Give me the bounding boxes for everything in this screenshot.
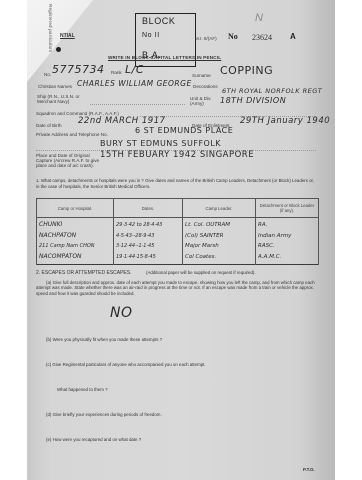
form-number: 23624 [252,33,272,42]
dates-column: 29·3·42 to 28·4·43 4·5·43·-28·9·43 3·12·… [114,218,183,265]
camp-leader-cell: Col Coates. [185,252,253,263]
enlistment-value: 29TH January 1940 [240,116,330,126]
classification-label: NTIAL [60,33,75,39]
camp-leader-column: Lt. Col. OUTRAM (Col) SAINTER Major Mars… [183,218,256,265]
punch-hole [56,47,61,52]
surname-label: Surname [192,73,211,78]
section1-question: 1. What camps, detachments or hospitals … [36,178,316,189]
camps-table-header: Camp or Hospital. Dates. Camp Leader. De… [37,199,319,218]
header-camp-leader: Camp Leader. [183,199,256,218]
header-detachment-leader: Detachment or Block Leader (if any). [256,199,319,218]
section2-title: 2. ESCAPES OR ATTEMPTED ESCAPES. [36,270,132,276]
unit-value-line2: 18TH DIVISION [220,96,286,105]
pto-label: P.T.O. [303,467,315,472]
question-d: (d) Give briefly your experiences during… [46,412,162,417]
camp-column: CHUNKI NACHPATON 211 Camp Nam CHON NACOM… [37,218,114,265]
detachment-cell: RASC. [258,241,316,252]
instruction-text: WRITE IN BLOCK CAPITAL LETTERS IN PENCIL [108,55,221,60]
dates-cell: 4·5·43·-28·9·43 [116,231,180,242]
form-suffix: A [290,32,296,41]
dates-cell: 29·3·42 to 28·4·43 [116,220,180,231]
stamp-line-1: BLOCK [142,16,176,26]
christian-names-label: Christian Names [38,84,72,89]
dob-label: Date of Birth [36,123,62,128]
stamp-line-2: No II [142,32,160,39]
camp-leader-cell: (Col) SAINTER [185,231,253,242]
number-label: No [228,32,238,41]
question-a: (a) Give full description and approx. da… [36,280,318,296]
rank-value: L/C [125,63,144,76]
detachment-cell: A.A.M.C. [258,252,316,263]
camps-table: Camp or Hospital. Dates. Camp Leader. De… [36,198,319,265]
camp-leader-cell: Lt. Col. OUTRAM [185,220,253,231]
detachment-cell: Indian Army [258,231,316,242]
detachment-leader-column: RA. Indian Army RASC. A.A.M.C. [256,218,319,265]
christian-names-value: CHARLES WILLIAM GEORGE [77,79,192,88]
question-e: (e) How were you recaptured and on what … [46,437,141,442]
section2-note: (Additional paper will be supplied on re… [146,270,256,275]
capture-label: Place and Date of Original Capture (Airc… [36,153,101,168]
camp-cell: 211 Camp Nam CHON [39,241,111,252]
address-value-line1: 6 ST EDMUNDS PLACE [135,126,233,135]
camp-cell: CHUNKI [39,220,111,231]
header-camp: Camp or Hospital. [37,199,114,218]
camp-leader-cell: Major Marsh [185,241,253,252]
ship-rule [90,104,185,105]
ship-label: Ship (R.N., U.S.N. or Merchant Navy) [37,94,97,104]
dates-cell: 3·12·44·-1·1·45 [116,241,180,252]
camp-cell: NACHPATON [39,231,111,242]
dob-value: 22nd MARCH 1917 [78,116,166,126]
detachment-cell: RA. [258,220,316,231]
unit-value-line1: 6TH ROYAL NORFOLK REGT [222,87,322,95]
dates-cell: 19·1·44·15·8·45 [116,252,180,263]
question-b: (b) Were you physically fit when you mad… [46,337,162,342]
header-dates: Dates. [114,199,183,218]
answer-a: NO [110,305,133,321]
surname-value: COPPING [220,64,273,77]
pencil-mark: N [255,12,263,24]
capture-value: 15TH FEBUARY 1942 SINGAPORE [100,150,254,160]
rank-label: Rank [111,70,122,75]
form-reference: M.I. 9/(AF) [195,36,217,41]
army-no-label: No. [44,72,51,77]
question-c: (c) Give Regimental particulars of anyon… [46,362,206,367]
camp-cell: NACOMPATON [39,252,111,263]
unit-label: Unit & Div. (Army) [190,96,212,106]
address-label: Private Address and Telephone No. [36,132,108,137]
address-value-line2: BURY ST EDMUNS SUFFOLK [100,139,221,148]
army-no-value: 5775734 [52,63,105,76]
question-c-followup: What happened to them ? [57,387,108,392]
camps-table-body: CHUNKI NACHPATON 211 Camp Nam CHON NACOM… [37,218,319,265]
fold-text: Registered particulars [48,4,53,52]
decorations-label: Decorations [193,84,218,89]
